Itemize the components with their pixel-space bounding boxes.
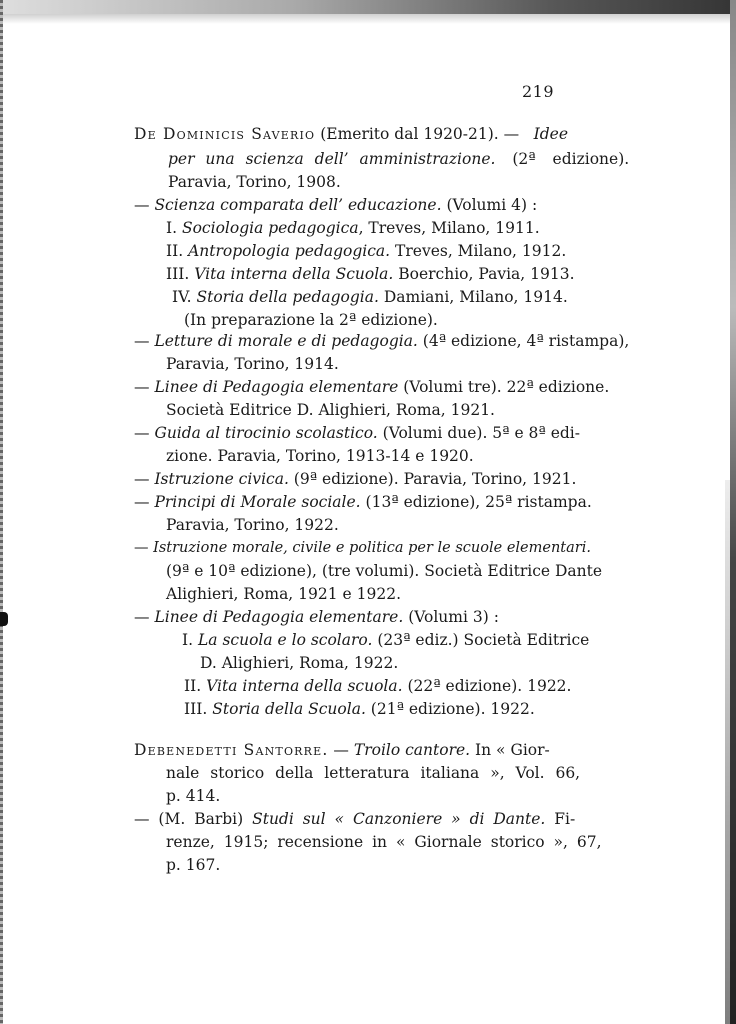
entry-line: — (M. Barbi) Studi sul « Canzoniere » di… (134, 808, 575, 830)
line-text: (22ª edizione). 1922. (403, 677, 572, 695)
line-text: Damiani, Milano, 1914. (379, 288, 568, 306)
title-italic: Letture di morale e di pedagogia. (154, 332, 417, 350)
title-italic: per una scienza dell’ amministrazione. (168, 150, 495, 168)
dash: — (134, 378, 154, 396)
entry-line: per una scienza dell’ amministrazione. (… (168, 148, 568, 170)
line-text: — (329, 741, 354, 759)
entry-line: renze, 1915; recensione in « Giornale st… (166, 831, 602, 853)
dash: — (134, 493, 154, 511)
entry-line: Paravia, Torino, 1914. (166, 353, 339, 375)
volume-number: I. (166, 219, 182, 237)
title-italic: Guida al tirocinio scolastico. (154, 424, 377, 442)
entry-line: D. Alighieri, Roma, 1922. (200, 652, 398, 674)
title-italic: Sociologia pedagogica (182, 219, 359, 237)
title-italic: Scienza comparata dell’ educazione. (154, 196, 441, 214)
scan-shadow-top (0, 14, 736, 24)
scan-binding-mark (0, 612, 8, 626)
line-text: (21ª edizione). 1922. (366, 700, 535, 718)
dash: — (134, 608, 154, 626)
entry-line: II. Antropologia pedagogica. Treves, Mil… (166, 240, 566, 262)
line-text: (Volumi 4) : (442, 196, 538, 214)
line-text: Paravia, Torino, 1908. (168, 173, 341, 191)
entry-line: p. 167. (166, 854, 220, 876)
entry-line: Paravia, Torino, 1908. (168, 171, 341, 193)
author-name: De Dominicis Saverio (134, 125, 315, 143)
title-italic: Linee di Pedagogia elementare. (154, 608, 403, 626)
title-italic: Storia della Scuola. (212, 700, 366, 718)
line-text: In « Gior- (470, 741, 550, 759)
entry-line: III. Storia della Scuola. (21ª edizione)… (184, 698, 535, 720)
dash: — (134, 540, 153, 556)
line-text: (In preparazione la 2ª edizione). (184, 311, 438, 329)
entry-line: (In preparazione la 2ª edizione). (184, 309, 438, 331)
volume-number: III. (184, 700, 212, 718)
line-text: Alighieri, Roma, 1921 e 1922. (166, 585, 401, 603)
entry-line: — Linee di Pedagogia elementare (Volumi … (134, 376, 609, 398)
line-text: Paravia, Torino, 1914. (166, 355, 339, 373)
volume-number: II. (184, 677, 206, 695)
line-text: p. 414. (166, 787, 220, 805)
line-text: (9ª edizione). Paravia, Torino, 1921. (289, 470, 577, 488)
volume-number: III. (166, 265, 194, 283)
title-italic: Troilo cantore. (354, 741, 470, 759)
title-italic: Studi sul « Canzoniere » di Dante. (252, 810, 545, 828)
entry-line: — Istruzione morale, civile e politica p… (134, 537, 591, 559)
line-text: p. 167. (166, 856, 220, 874)
scan-shadow-right (725, 480, 730, 1024)
scan-edge-right (730, 0, 736, 1024)
title-italic: Vita interna della scuola. (206, 677, 402, 695)
line-text: Treves, Milano, 1912. (390, 242, 566, 260)
scan-edge-left (0, 0, 3, 1024)
title-italic: Istruzione morale, civile e politica per… (153, 540, 591, 556)
line-text: zione. Paravia, Torino, 1913-14 e 1920. (166, 447, 474, 465)
entry-line: Paravia, Torino, 1922. (166, 514, 339, 536)
line-text: renze, 1915; recensione in « Giornale st… (166, 833, 602, 851)
line-text: (4ª edizione, 4ª ristampa), (418, 332, 629, 350)
entry-line: Debenedetti Santorre. — Troilo cantore. … (134, 739, 550, 761)
dash: — (M. Barbi) (134, 810, 252, 828)
entry-line: IV. Storia della pedagogia. Damiani, Mil… (172, 286, 568, 308)
title-italic: Antropologia pedagogica. (188, 242, 390, 260)
line-text: Boerchio, Pavia, 1913. (393, 265, 574, 283)
entry-line: I. Sociologia pedagogica, Treves, Milano… (166, 217, 540, 239)
line-text: Paravia, Torino, 1922. (166, 516, 339, 534)
line-text: (23ª ediz.) Società Editrice (372, 631, 589, 649)
dash: — (134, 470, 154, 488)
dash: — (134, 424, 154, 442)
volume-number: II. (166, 242, 188, 260)
volume-number: IV. (172, 288, 196, 306)
entry-line: Alighieri, Roma, 1921 e 1922. (166, 583, 401, 605)
entry-line: II. Vita interna della scuola. (22ª ediz… (184, 675, 571, 697)
entry-line: De Dominicis Saverio (Emerito dal 1920-2… (134, 123, 568, 145)
line-text: (Emerito dal 1920-21). — (315, 125, 519, 143)
entry-line: (9ª e 10ª edizione), (tre volumi). Socie… (166, 560, 602, 582)
entry-line: — Guida al tirocinio scolastico. (Volumi… (134, 422, 580, 444)
title-italic: Istruzione civica. (154, 470, 288, 488)
title-italic: La scuola e lo scolaro. (198, 631, 372, 649)
author-name: Debenedetti Santorre. (134, 741, 329, 759)
line-text: (Volumi tre). 22ª edizione. (398, 378, 609, 396)
line-text: nale storico della letteratura italiana … (166, 764, 580, 782)
entry-line: — Linee di Pedagogia elementare. (Volumi… (134, 606, 499, 628)
scan-edge-top (0, 0, 736, 14)
title-italic: Linee di Pedagogia elementare (154, 378, 398, 396)
title-italic: Principi di Morale sociale. (154, 493, 360, 511)
entry-line: — Letture di morale e di pedagogia. (4ª … (134, 330, 629, 352)
line-text: (Volumi due). 5ª e 8ª edi- (378, 424, 580, 442)
entry-line: Società Editrice D. Alighieri, Roma, 192… (166, 399, 495, 421)
entry-line: — Scienza comparata dell’ educazione. (V… (134, 194, 537, 216)
line-text: Fi- (545, 810, 575, 828)
page-number: 219 (522, 82, 554, 101)
line-text: (2ª edizione). (495, 150, 629, 168)
title-italic: Idee (534, 123, 568, 145)
line-text: , Treves, Milano, 1911. (359, 219, 540, 237)
dash: — (134, 332, 154, 350)
title-italic: Storia della pedagogia. (196, 288, 378, 306)
entry-line: — Principi di Morale sociale. (13ª edizi… (134, 491, 592, 513)
entry-line: — Istruzione civica. (9ª edizione). Para… (134, 468, 576, 490)
entry-line: I. La scuola e lo scolaro. (23ª ediz.) S… (182, 629, 589, 651)
entry-line: p. 414. (166, 785, 220, 807)
entry-line: III. Vita interna della Scuola. Boerchio… (166, 263, 575, 285)
volume-number: I. (182, 631, 198, 649)
line-text: Società Editrice D. Alighieri, Roma, 192… (166, 401, 495, 419)
entry-line: zione. Paravia, Torino, 1913-14 e 1920. (166, 445, 474, 467)
line-text: (9ª e 10ª edizione), (tre volumi). Socie… (166, 562, 602, 580)
line-text: D. Alighieri, Roma, 1922. (200, 654, 398, 672)
line-text: (13ª edizione), 25ª ristampa. (361, 493, 592, 511)
dash: — (134, 196, 154, 214)
title-italic: Vita interna della Scuola. (194, 265, 393, 283)
line-text: (Volumi 3) : (403, 608, 499, 626)
entry-line: nale storico della letteratura italiana … (166, 762, 580, 784)
